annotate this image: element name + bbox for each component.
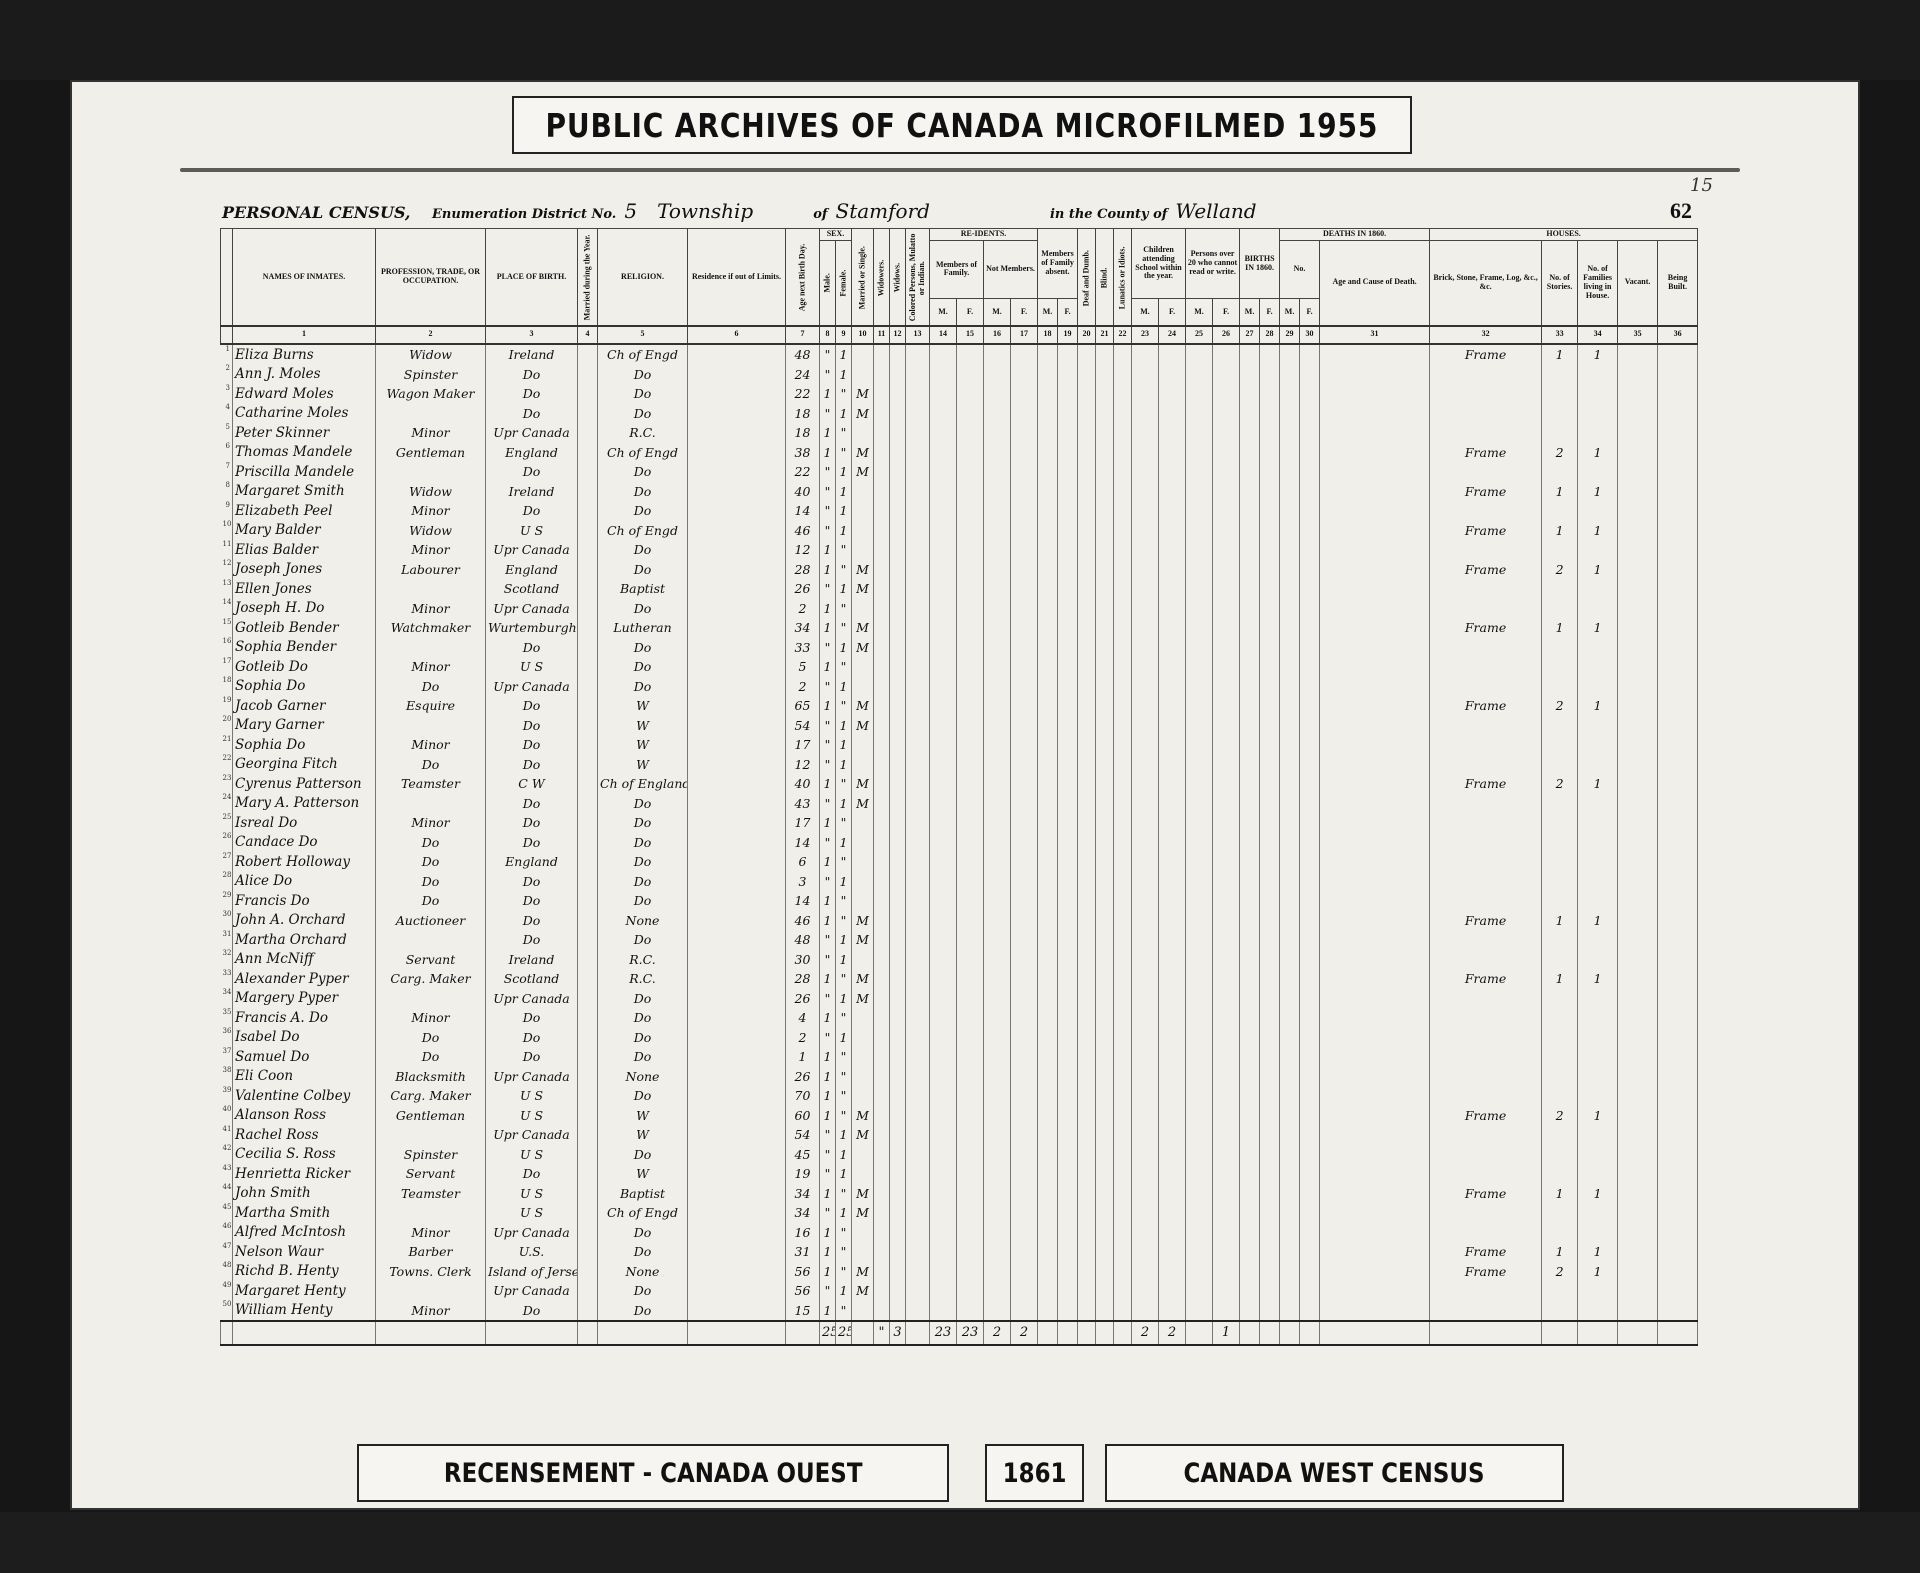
tally-cell	[1078, 462, 1096, 482]
tally-cell	[1058, 637, 1078, 657]
tally-cell	[890, 501, 906, 521]
tally-cell	[874, 1203, 890, 1223]
religion: Do	[598, 832, 688, 852]
tally-cell	[1078, 481, 1096, 501]
being-built	[1658, 754, 1698, 774]
female: "	[836, 891, 852, 911]
tally-cell	[984, 1242, 1011, 1262]
column-number: 6	[688, 326, 786, 344]
marital-status	[852, 598, 874, 618]
tally-cell	[1078, 910, 1096, 930]
tally-cell	[874, 1222, 890, 1242]
tally-cell	[1038, 1144, 1058, 1164]
stories: 1	[1542, 618, 1578, 638]
tally-cell	[874, 1300, 890, 1321]
tally-cell	[1240, 423, 1260, 443]
tally-cell	[984, 988, 1011, 1008]
male: 1	[820, 618, 836, 638]
tally-cell	[1186, 949, 1213, 969]
families: 1	[1578, 910, 1618, 930]
being-built	[1658, 852, 1698, 872]
age: 46	[786, 520, 820, 540]
tally-cell	[1038, 598, 1058, 618]
tally-cell	[1260, 1027, 1280, 1047]
col-vacant-header: Vacant.	[1618, 240, 1658, 326]
married-during-year	[578, 988, 598, 1008]
tally-cell	[1213, 1222, 1240, 1242]
tally-cell	[1058, 1144, 1078, 1164]
occupation	[376, 1125, 486, 1145]
married-during-year	[578, 1125, 598, 1145]
tally-cell	[906, 1008, 930, 1028]
tally-cell	[1038, 384, 1058, 404]
tally-cell	[874, 1144, 890, 1164]
vacant	[1618, 442, 1658, 462]
religion: W	[598, 1105, 688, 1125]
tally-cell	[1280, 1125, 1300, 1145]
male: "	[820, 344, 836, 365]
tally-cell	[1186, 384, 1213, 404]
married-during-year	[578, 852, 598, 872]
male: "	[820, 676, 836, 696]
tally-cell	[1240, 559, 1260, 579]
tally-cell	[984, 1164, 1011, 1184]
families	[1578, 1203, 1618, 1223]
tally-cell	[1114, 618, 1132, 638]
religion: Do	[598, 1222, 688, 1242]
tally-cell	[1038, 1027, 1058, 1047]
sub-f: F.	[1011, 299, 1038, 326]
residence	[688, 1066, 786, 1086]
tally-cell	[1114, 364, 1132, 384]
house-type	[1430, 1047, 1542, 1067]
table-row: 9Elizabeth PeelMinorDoDo14"1	[221, 501, 1698, 521]
occupation: Wagon Maker	[376, 384, 486, 404]
tally-cell	[890, 1222, 906, 1242]
religion: Do	[598, 813, 688, 833]
bottom-banner-year-text: 1861	[1003, 1458, 1067, 1489]
tally-cell	[1186, 344, 1213, 365]
religion: Do	[598, 657, 688, 677]
col-deaf-header: Deaf and Dumb.	[1078, 229, 1096, 326]
tally-cell	[1058, 910, 1078, 930]
residence	[688, 969, 786, 989]
birthplace: U S	[486, 1105, 578, 1125]
empty-cell	[376, 1321, 486, 1345]
house-type	[1430, 637, 1542, 657]
tally-cell	[1132, 930, 1159, 950]
house-type	[1430, 1281, 1542, 1301]
tally-cell	[1096, 1261, 1114, 1281]
age: 56	[786, 1261, 820, 1281]
tally-cell	[874, 988, 890, 1008]
death-cause	[1320, 793, 1430, 813]
inmate-name: Francis Do	[233, 891, 376, 911]
vacant	[1618, 852, 1658, 872]
tally-cell	[1280, 910, 1300, 930]
row-number: 21	[221, 735, 233, 755]
tally-cell	[957, 715, 984, 735]
vacant	[1618, 1047, 1658, 1067]
tally-cell	[1058, 1066, 1078, 1086]
column-number: 10	[852, 326, 874, 344]
residence	[688, 657, 786, 677]
tally-cell	[1300, 1300, 1320, 1321]
col-married-single-header: Married or Single.	[852, 229, 874, 326]
death-cause	[1320, 1125, 1430, 1145]
tally-cell	[930, 540, 957, 560]
tally-cell	[874, 910, 890, 930]
row-number: 38	[221, 1066, 233, 1086]
tally-cell	[984, 930, 1011, 950]
tally-cell	[1096, 403, 1114, 423]
tally-cell	[1058, 715, 1078, 735]
married-during-year	[578, 1027, 598, 1047]
male: "	[820, 1125, 836, 1145]
families: 1	[1578, 1242, 1618, 1262]
tally-cell	[1213, 520, 1240, 540]
tally-cell	[1096, 1300, 1114, 1321]
residence	[688, 832, 786, 852]
tally-cell	[906, 774, 930, 794]
tally-cell	[957, 403, 984, 423]
married-during-year	[578, 793, 598, 813]
tally-cell	[1280, 481, 1300, 501]
religion: Do	[598, 598, 688, 618]
house-type: Frame	[1430, 520, 1542, 540]
tally-cell	[1240, 832, 1260, 852]
being-built	[1658, 832, 1698, 852]
tally-cell	[1038, 344, 1058, 365]
bottom-banner-year: 1861	[985, 1444, 1084, 1502]
tally-cell	[1260, 423, 1280, 443]
families	[1578, 501, 1618, 521]
vacant	[1618, 1281, 1658, 1301]
house-type	[1430, 462, 1542, 482]
stories: 1	[1542, 969, 1578, 989]
families	[1578, 1027, 1618, 1047]
tally-cell	[1096, 442, 1114, 462]
inmate-name: Margery Pyper	[233, 988, 376, 1008]
tally-cell	[1011, 969, 1038, 989]
tally-cell	[957, 481, 984, 501]
tally-cell	[1078, 1203, 1096, 1223]
tally-cell	[1132, 1281, 1159, 1301]
tally-cell	[1240, 715, 1260, 735]
tally-cell	[957, 774, 984, 794]
vacant	[1618, 559, 1658, 579]
vacant	[1618, 910, 1658, 930]
birthplace: Do	[486, 637, 578, 657]
tally-cell	[1058, 891, 1078, 911]
residence	[688, 481, 786, 501]
tally-cell	[1240, 1164, 1260, 1184]
tally-cell	[1038, 891, 1058, 911]
married-during-year	[578, 930, 598, 950]
tally-cell	[1058, 1027, 1078, 1047]
tally-cell	[890, 1066, 906, 1086]
age: 40	[786, 481, 820, 501]
tally-cell	[1096, 384, 1114, 404]
table-row: 22Georgina FitchDoDoW12"1	[221, 754, 1698, 774]
tally-cell	[984, 1261, 1011, 1281]
tally-cell	[1011, 696, 1038, 716]
tally-cell	[1213, 871, 1240, 891]
tally-cell	[1240, 1125, 1260, 1145]
tally-cell	[1038, 540, 1058, 560]
tally-cell	[906, 598, 930, 618]
row-number: 40	[221, 1105, 233, 1125]
empty-cell	[1578, 1321, 1618, 1345]
tally-cell	[1240, 403, 1260, 423]
row-number: 11	[221, 540, 233, 560]
death-cause	[1320, 501, 1430, 521]
death-cause	[1320, 1105, 1430, 1125]
families	[1578, 540, 1618, 560]
male: 1	[820, 852, 836, 872]
tally-cell	[1114, 384, 1132, 404]
being-built	[1658, 579, 1698, 599]
column-number: 34	[1578, 326, 1618, 344]
tally-cell	[1114, 1144, 1132, 1164]
tally-cell	[1159, 852, 1186, 872]
tally-cell	[1213, 442, 1240, 462]
residence	[688, 852, 786, 872]
tally-cell	[1058, 1105, 1078, 1125]
tally-cell	[874, 442, 890, 462]
inmate-name: Ann McNiff	[233, 949, 376, 969]
age: 28	[786, 969, 820, 989]
house-type: Frame	[1430, 774, 1542, 794]
age: 34	[786, 1183, 820, 1203]
tally-cell	[1213, 754, 1240, 774]
tally-cell	[1280, 1105, 1300, 1125]
age: 2	[786, 676, 820, 696]
vacant	[1618, 715, 1658, 735]
tally-cell	[1280, 423, 1300, 443]
tally-cell	[1038, 1066, 1058, 1086]
column-number: 15	[957, 326, 984, 344]
tally-cell	[1300, 696, 1320, 716]
table-row: 12Joseph JonesLabourerEnglandDo281"MFram…	[221, 559, 1698, 579]
tally-cell	[1078, 696, 1096, 716]
tally-cell	[1300, 598, 1320, 618]
tally-cell	[1132, 1086, 1159, 1106]
inmate-name: John A. Orchard	[233, 910, 376, 930]
tally-cell	[957, 949, 984, 969]
tally-cell	[1011, 988, 1038, 1008]
col-houses-header: HOUSES.	[1430, 229, 1698, 241]
female: "	[836, 1300, 852, 1321]
occupation: Watchmaker	[376, 618, 486, 638]
vacant	[1618, 462, 1658, 482]
table-row: 49Margaret HentyUpr CanadaDo56"1M	[221, 1281, 1698, 1301]
tally-cell	[890, 813, 906, 833]
tally-cell	[1096, 754, 1114, 774]
religion: Do	[598, 384, 688, 404]
tally-cell	[1213, 384, 1240, 404]
tally-cell	[1114, 442, 1132, 462]
tally-cell	[1038, 403, 1058, 423]
tally-cell	[1260, 344, 1280, 365]
tally-cell	[1186, 1105, 1213, 1125]
tally-cell	[1186, 540, 1213, 560]
birthplace: Do	[486, 1008, 578, 1028]
tally-cell	[874, 540, 890, 560]
house-type	[1430, 1066, 1542, 1086]
bottom-banner-french: RECENSEMENT - CANADA OUEST	[357, 1444, 949, 1502]
tally-cell	[1132, 423, 1159, 443]
tally-cell	[906, 384, 930, 404]
tally-cell	[1096, 1164, 1114, 1184]
row-number: 12	[221, 559, 233, 579]
birthplace: England	[486, 442, 578, 462]
marital-status: M	[852, 969, 874, 989]
table-row: 1Eliza BurnsWidowIrelandCh of Engd48"1Fr…	[221, 344, 1698, 365]
tally-cell	[890, 871, 906, 891]
tally-cell	[1058, 344, 1078, 365]
col-occupation-header: PROFESSION, TRADE, OR OCCUPATION.	[376, 229, 486, 326]
tally-cell	[957, 462, 984, 482]
column-number: 21	[1096, 326, 1114, 344]
female: 1	[836, 520, 852, 540]
table-row: 3Edward MolesWagon MakerDoDo221"M	[221, 384, 1698, 404]
tally-cell	[1213, 1047, 1240, 1067]
tally-cell	[1260, 715, 1280, 735]
tally-cell	[1240, 676, 1260, 696]
tally-cell	[1038, 657, 1058, 677]
tally-cell	[1213, 1125, 1240, 1145]
tally-cell	[1096, 676, 1114, 696]
occupation: Minor	[376, 501, 486, 521]
tally-cell	[1132, 949, 1159, 969]
tally-cell	[1260, 949, 1280, 969]
form-title: PERSONAL CENSUS,	[222, 203, 432, 222]
inmate-name: Elias Balder	[233, 540, 376, 560]
families	[1578, 579, 1618, 599]
tally-cell	[1011, 1066, 1038, 1086]
tally-cell	[1132, 1105, 1159, 1125]
religion: Baptist	[598, 1183, 688, 1203]
empty-cell	[1280, 1321, 1300, 1345]
empty-cell	[1300, 1321, 1320, 1345]
tally-cell	[1011, 1125, 1038, 1145]
house-type	[1430, 1164, 1542, 1184]
tally-cell	[1011, 637, 1038, 657]
families	[1578, 1047, 1618, 1067]
being-built	[1658, 1203, 1698, 1223]
death-cause	[1320, 774, 1430, 794]
tally-cell	[890, 754, 906, 774]
tally-cell	[1058, 735, 1078, 755]
tally-cell	[930, 988, 957, 1008]
tally-cell	[957, 754, 984, 774]
tally-cell	[1186, 871, 1213, 891]
tally-cell	[874, 735, 890, 755]
tally-cell	[930, 579, 957, 599]
occupation: Teamster	[376, 1183, 486, 1203]
tally-cell	[1280, 774, 1300, 794]
column-number: 27	[1240, 326, 1260, 344]
tally-cell	[1159, 1047, 1186, 1067]
female: "	[836, 696, 852, 716]
families: 1	[1578, 1105, 1618, 1125]
tally-cell	[1078, 949, 1096, 969]
tally-cell	[984, 1066, 1011, 1086]
tally-cell	[1038, 715, 1058, 735]
house-type	[1430, 1125, 1542, 1145]
residence	[688, 423, 786, 443]
residence	[688, 1164, 786, 1184]
vacant	[1618, 520, 1658, 540]
tally-cell	[1132, 1242, 1159, 1262]
being-built	[1658, 1066, 1698, 1086]
tally-cell	[1011, 1047, 1038, 1067]
being-built	[1658, 676, 1698, 696]
tally-cell	[874, 423, 890, 443]
tally-cell	[1132, 1125, 1159, 1145]
tally-cell	[1159, 423, 1186, 443]
stories: 1	[1542, 344, 1578, 365]
age: 65	[786, 696, 820, 716]
residence	[688, 793, 786, 813]
row-number: 29	[221, 891, 233, 911]
tally-cell	[1096, 1183, 1114, 1203]
death-cause	[1320, 1261, 1430, 1281]
tally-cell	[1038, 988, 1058, 1008]
tally-cell	[890, 735, 906, 755]
column-number: 5	[598, 326, 688, 344]
tally-cell	[930, 754, 957, 774]
families: 1	[1578, 1261, 1618, 1281]
tally-cell	[874, 1066, 890, 1086]
table-row: 11Elias BalderMinorUpr CanadaDo121"	[221, 540, 1698, 560]
tally-cell	[1280, 891, 1300, 911]
tally-cell	[984, 1183, 1011, 1203]
stories	[1542, 1066, 1578, 1086]
col-lunatics-header: Lunatics or Idiots.	[1114, 229, 1132, 326]
house-type: Frame	[1430, 559, 1542, 579]
tally-cell	[1096, 852, 1114, 872]
tally-cell	[1300, 1047, 1320, 1067]
tally-cell	[1058, 618, 1078, 638]
birthplace: U S	[486, 657, 578, 677]
tally-cell	[957, 344, 984, 365]
tally-cell	[1038, 423, 1058, 443]
birthplace: U S	[486, 1144, 578, 1164]
inmate-name: Nelson Waur	[233, 1242, 376, 1262]
inmate-name: Robert Holloway	[233, 852, 376, 872]
tally-cell	[1159, 618, 1186, 638]
tally-cell	[1260, 735, 1280, 755]
total-cell: 2	[984, 1321, 1011, 1345]
married-during-year	[578, 462, 598, 482]
tally-cell	[1011, 910, 1038, 930]
table-row: 5Peter SkinnerMinorUpr CanadaR.C.181"	[221, 423, 1698, 443]
marital-status	[852, 501, 874, 521]
marital-status: M	[852, 1183, 874, 1203]
tally-cell	[1078, 852, 1096, 872]
tally-cell	[1186, 1222, 1213, 1242]
age: 28	[786, 559, 820, 579]
house-type: Frame	[1430, 618, 1542, 638]
religion: Do	[598, 1027, 688, 1047]
occupation: Servant	[376, 949, 486, 969]
death-cause	[1320, 910, 1430, 930]
tally-cell	[984, 540, 1011, 560]
male: "	[820, 793, 836, 813]
residence	[688, 344, 786, 365]
